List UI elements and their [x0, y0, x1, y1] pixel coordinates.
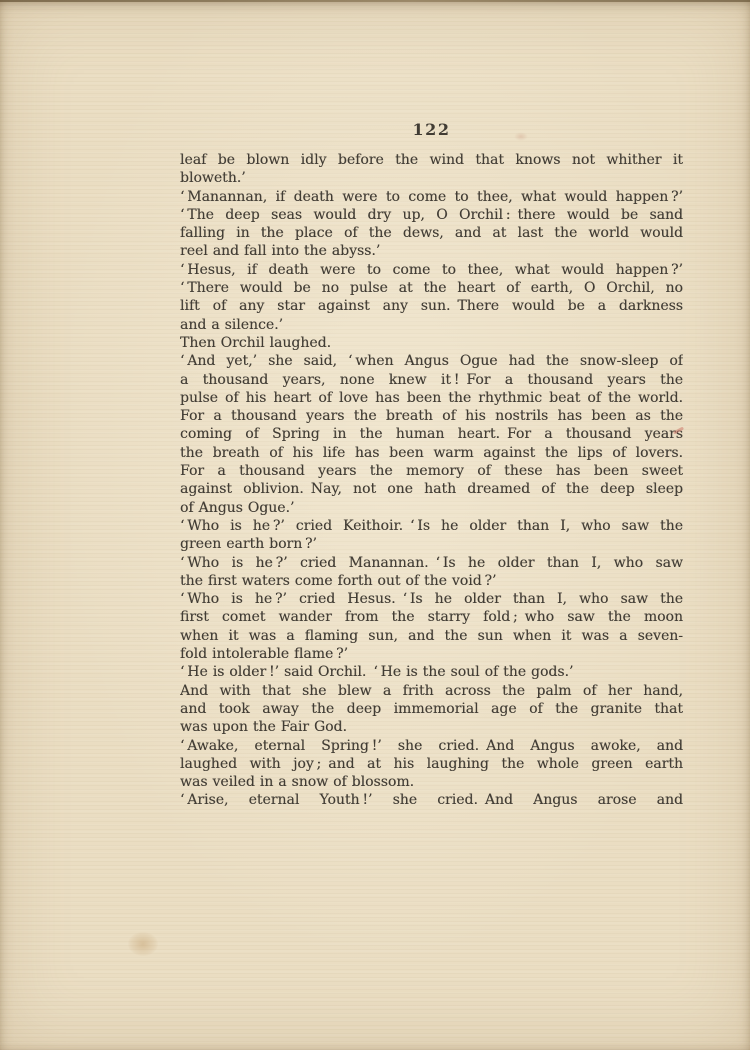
text-line: the first waters come forth out of the v…: [180, 572, 683, 590]
text-line: ‘ Manannan, if death were to come to the…: [180, 188, 683, 206]
text-line: For a thousand years the memory of these…: [180, 462, 683, 480]
text-line: ‘ Who is he ?’ cried Hesus. ‘ Is he olde…: [180, 590, 683, 608]
text-line: and a silence.’: [180, 316, 683, 334]
text-line: ‘ Awake, eternal Spring !’ she cried. An…: [180, 737, 683, 755]
text-line: falling in the place of the dews, and at…: [180, 224, 683, 242]
page-number: 122: [180, 120, 683, 139]
paper-stain: [128, 932, 158, 956]
text-line: ‘ Arise, eternal Youth !’ she cried. And…: [180, 791, 683, 809]
text-line: first comet wander from the starry fold …: [180, 608, 683, 626]
text-line: And with that she blew a frith across th…: [180, 682, 683, 700]
text-line: ‘ The deep seas would dry up, O Orchil :…: [180, 206, 683, 224]
text-line: ‘ He is older !’ said Orchil. ‘ He is th…: [180, 663, 683, 681]
text-line: For a thousand years the breath of his n…: [180, 407, 683, 425]
text-line: laughed with joy ; and at his laughing t…: [180, 755, 683, 773]
text-line: the breath of his life has been warm aga…: [180, 444, 683, 462]
text-line: was upon the Fair God.: [180, 718, 683, 736]
text-line: ‘ Hesus, if death were to come to thee, …: [180, 261, 683, 279]
text-line: a thousand years, none knew it ! For a t…: [180, 371, 683, 389]
text-line: against oblivion. Nay, not one hath drea…: [180, 480, 683, 498]
book-page: 122 leaf be blown idly before the wind t…: [0, 0, 750, 1050]
text-line: when it was a flaming sun, and the sun w…: [180, 627, 683, 645]
text-line: ‘ There would be no pulse at the heart o…: [180, 279, 683, 297]
text-line: pulse of his heart of love has been the …: [180, 389, 683, 407]
text-line: was veiled in a snow of blossom.: [180, 773, 683, 791]
text-line: reel and fall into the abyss.’: [180, 242, 683, 260]
paper-smudge: [514, 132, 528, 141]
text-line: Then Orchil laughed.: [180, 334, 683, 352]
text-line: ‘ Who is he ?’ cried Keithoir. ‘ Is he o…: [180, 517, 683, 535]
text-line: ‘ And yet,’ she said, ‘ when Angus Ogue …: [180, 352, 683, 370]
text-line: of Angus Ogue.’: [180, 499, 683, 517]
text-line: lift of any star against any sun. There …: [180, 297, 683, 315]
text-block: leaf be blown idly before the wind that …: [180, 151, 683, 810]
text-line: bloweth.’: [180, 169, 683, 187]
text-line: leaf be blown idly before the wind that …: [180, 151, 683, 169]
text-line: fold intolerable flame ?’: [180, 645, 683, 663]
text-line: ‘ Who is he ?’ cried Manannan. ‘ Is he o…: [180, 554, 683, 572]
text-line: and took away the deep immemorial age of…: [180, 700, 683, 718]
scan-top-edge: [0, 0, 750, 2]
text-line: coming of Spring in the human heart. For…: [180, 425, 683, 443]
text-line: green earth born ?’: [180, 535, 683, 553]
